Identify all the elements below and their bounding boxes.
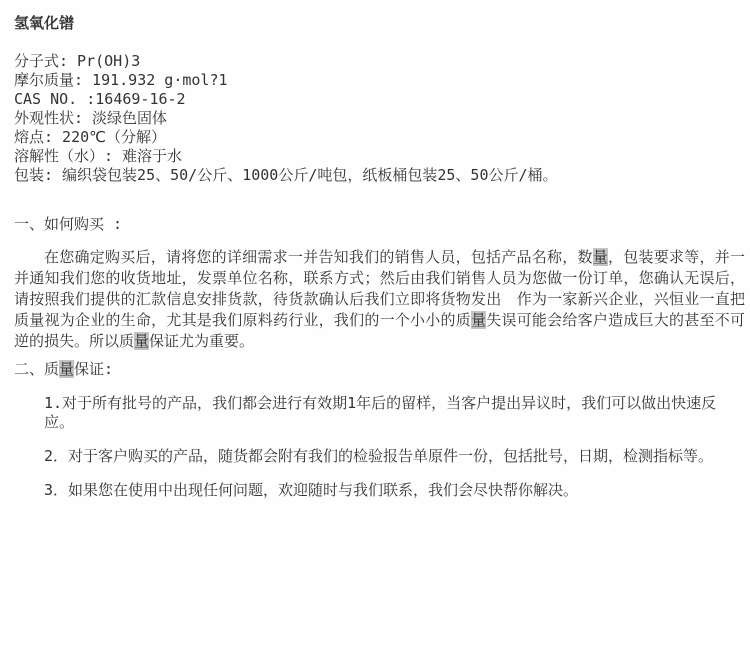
section-heading-how-to-buy: 一、如何购买 : [14,215,745,234]
property-formula: 分子式: Pr(OH)3 [14,52,745,71]
product-properties: 分子式: Pr(OH)3 摩尔质量: 191.932 g·mol?1 CAS N… [14,52,745,185]
property-appearance: 外观性状: 淡绿色固体 [14,109,745,128]
quality-item-3: 3．如果您在使用中出现任何问题，欢迎随时与我们联系，我们会尽快帮你解决。 [14,481,745,500]
property-melting-point: 熔点: 220℃（分解） [14,128,745,147]
property-cas-number: CAS NO. :16469-16-2 [14,90,745,109]
section-heading-quality-assurance: 二、质量保证: [14,360,745,379]
quality-item-2: 2．对于客户购买的产品，随货都会附有我们的检验报告单原件一份，包括批号，日期，检… [14,447,745,466]
how-to-buy-paragraph: 在您确定购买后，请将您的详细需求一并告知我们的销售人员，包括产品名称，数量，包装… [14,247,745,352]
property-solubility: 溶解性（水）: 难溶于水 [14,147,745,166]
property-packaging: 包装: 编织袋包装25、50/公斤、1000公斤/吨包，纸板桶包装25、50公斤… [14,166,745,185]
property-molar-mass: 摩尔质量: 191.932 g·mol?1 [14,71,745,90]
page-title: 氢氧化镨 [14,14,745,33]
quality-item-1: 1.对于所有批号的产品，我们都会进行有效期1年后的留样，当客户提出异议时，我们可… [14,394,745,432]
product-document: 氢氧化镨 分子式: Pr(OH)3 摩尔质量: 191.932 g·mol?1 … [14,14,745,500]
